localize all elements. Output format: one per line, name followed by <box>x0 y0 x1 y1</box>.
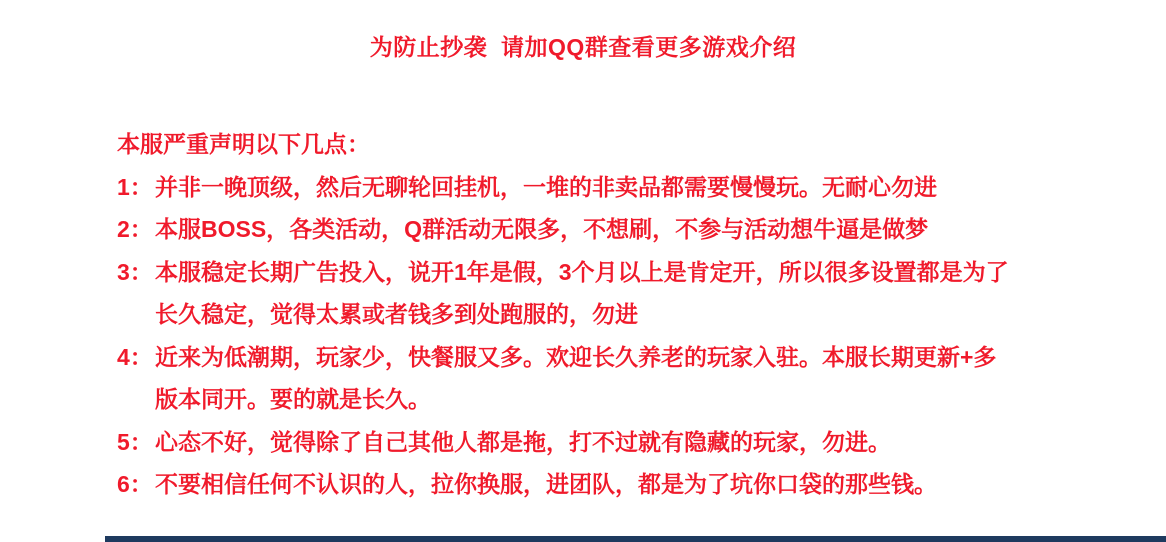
item-number: 6： <box>117 463 155 506</box>
item-text: 心态不好，觉得除了自己其他人都是拖，打不过就有隐藏的玩家，勿进。 <box>155 421 1106 464</box>
item-number: 5： <box>117 421 155 464</box>
list-item: 2： 本服BOSS，各类活动，Q群活动无限多，不想刷，不参与活动想牛逼是做梦 <box>117 208 1106 251</box>
notice-heading: 本服严重声明以下几点： <box>117 123 1106 166</box>
item-line: 本服BOSS，各类活动，Q群活动无限多，不想刷，不参与活动想牛逼是做梦 <box>155 208 1106 251</box>
notice-body: 本服严重声明以下几点： 1： 并非一晚顶级，然后无聊轮回挂机，一堆的非卖品都需要… <box>117 123 1106 506</box>
item-line: 版本同开。要的就是长久。 <box>155 378 1106 421</box>
item-line: 不要相信任何不认识的人，拉你换服，进团队，都是为了坑你口袋的那些钱。 <box>155 463 1106 506</box>
item-number: 4： <box>117 336 155 379</box>
notice-page: 为防止抄袭 请加QQ群查看更多游戏介绍 本服严重声明以下几点： 1： 并非一晚顶… <box>0 0 1166 542</box>
list-item: 6： 不要相信任何不认识的人，拉你换服，进团队，都是为了坑你口袋的那些钱。 <box>117 463 1106 506</box>
item-number: 1： <box>117 166 155 209</box>
item-text: 并非一晚顶级，然后无聊轮回挂机，一堆的非卖品都需要慢慢玩。无耐心勿进 <box>155 166 1106 209</box>
list-item: 1： 并非一晚顶级，然后无聊轮回挂机，一堆的非卖品都需要慢慢玩。无耐心勿进 <box>117 166 1106 209</box>
item-line: 近来为低潮期，玩家少，快餐服又多。欢迎长久养老的玩家入驻。本服长期更新+多 <box>155 336 1106 379</box>
list-item: 4： 近来为低潮期，玩家少，快餐服又多。欢迎长久养老的玩家入驻。本服长期更新+多… <box>117 336 1106 421</box>
list-item: 3： 本服稳定长期广告投入，说开1年是假，3个月以上是肯定开，所以很多设置都是为… <box>117 251 1106 336</box>
item-number: 2： <box>117 208 155 251</box>
bottom-divider-bar <box>105 536 1166 542</box>
item-text: 本服BOSS，各类活动，Q群活动无限多，不想刷，不参与活动想牛逼是做梦 <box>155 208 1106 251</box>
item-line: 并非一晚顶级，然后无聊轮回挂机，一堆的非卖品都需要慢慢玩。无耐心勿进 <box>155 166 1106 209</box>
item-line: 长久稳定，觉得太累或者钱多到处跑服的，勿进 <box>155 293 1106 336</box>
list-item: 5： 心态不好，觉得除了自己其他人都是拖，打不过就有隐藏的玩家，勿进。 <box>117 421 1106 464</box>
item-text: 不要相信任何不认识的人，拉你换服，进团队，都是为了坑你口袋的那些钱。 <box>155 463 1106 506</box>
page-title: 为防止抄袭 请加QQ群查看更多游戏介绍 <box>0 0 1166 62</box>
item-line: 心态不好，觉得除了自己其他人都是拖，打不过就有隐藏的玩家，勿进。 <box>155 421 1106 464</box>
item-text: 本服稳定长期广告投入，说开1年是假，3个月以上是肯定开，所以很多设置都是为了 长… <box>155 251 1106 336</box>
item-text: 近来为低潮期，玩家少，快餐服又多。欢迎长久养老的玩家入驻。本服长期更新+多 版本… <box>155 336 1106 421</box>
item-number: 3： <box>117 251 155 294</box>
item-line: 本服稳定长期广告投入，说开1年是假，3个月以上是肯定开，所以很多设置都是为了 <box>155 251 1106 294</box>
